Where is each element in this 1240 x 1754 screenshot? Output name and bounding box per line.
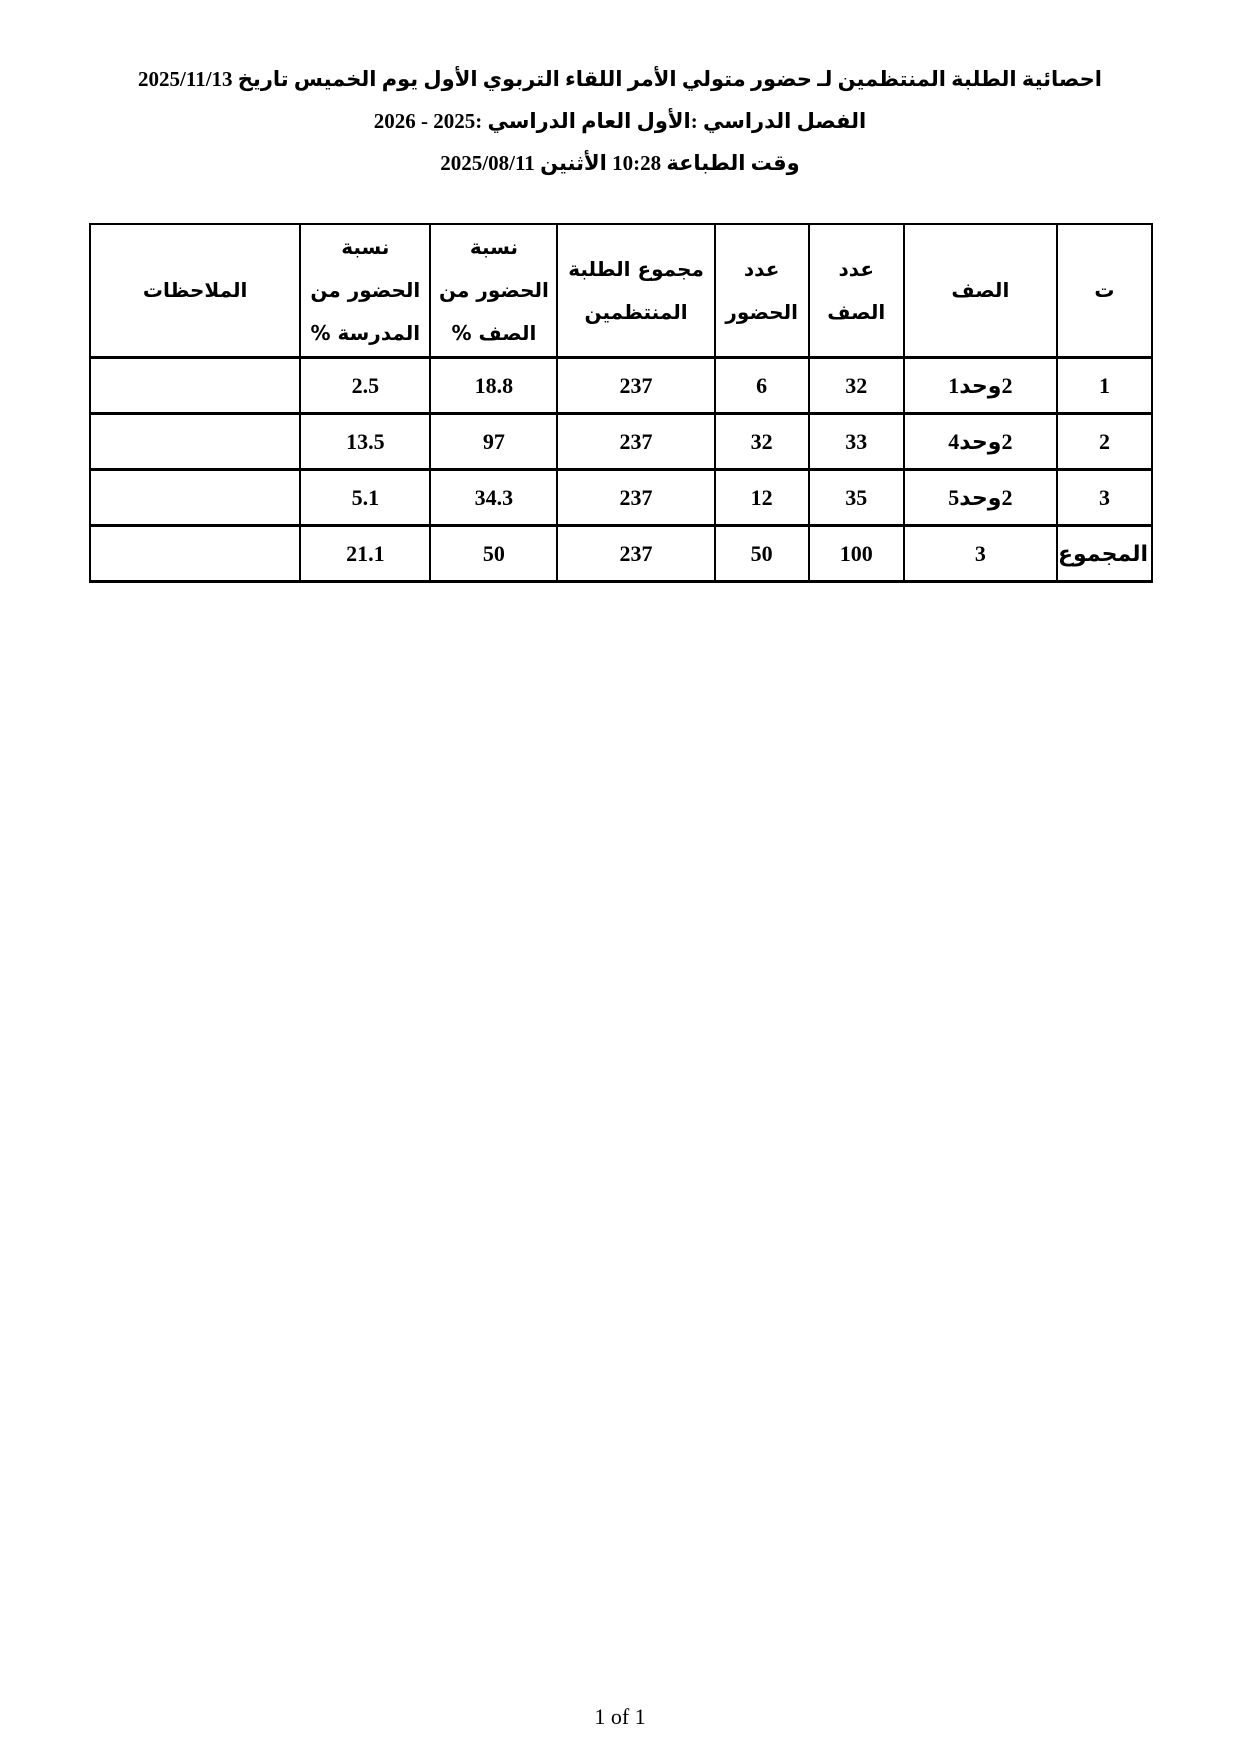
document-page: احصائية الطلبة المنتظمين لـ حضور متولي ا… (0, 0, 1240, 1754)
page-number: 1 of 1 (0, 1704, 1240, 1730)
table-cell-3-0: المجموع (1057, 526, 1152, 582)
table-cell-2-5: 34.3 (430, 470, 557, 526)
table-cell-3-4: 237 (557, 526, 714, 582)
table-cell-1-7 (90, 414, 300, 470)
table-cell-0-7 (90, 358, 300, 414)
table-row: 12وحد132623718.82.5 (90, 358, 1152, 414)
table-cell-2-7 (90, 470, 300, 526)
table-cell-3-7 (90, 526, 300, 582)
header-cell-5: نسبة الحضور من الصف % (430, 224, 557, 358)
table-cell-0-3: 6 (715, 358, 809, 414)
header-cell-2: عدد الصف (809, 224, 904, 358)
table-cell-2-1: 2وحد5 (904, 470, 1057, 526)
table-cell-0-6: 2.5 (300, 358, 430, 414)
print-time-line: وقت الطباعة 10:28 الأثنين 2025/08/11 (0, 148, 1240, 179)
table-cell-2-0: 3 (1057, 470, 1152, 526)
header-cell-4: مجموع الطلبة المنتظمين (557, 224, 714, 358)
table-cell-1-6: 13.5 (300, 414, 430, 470)
table-cell-1-4: 237 (557, 414, 714, 470)
semester-line: الفصل الدراسي :الأول العام الدراسي :2025… (0, 106, 1240, 137)
report-header: احصائية الطلبة المنتظمين لـ حضور متولي ا… (0, 64, 1240, 190)
table-cell-1-0: 2 (1057, 414, 1152, 470)
header-cell-1: الصف (904, 224, 1057, 358)
table-cell-0-4: 237 (557, 358, 714, 414)
table-row: 22وحد433322379713.5 (90, 414, 1152, 470)
table-body: 12وحد132623718.82.522وحد433322379713.532… (90, 358, 1152, 582)
header-cell-3: عدد الحضور (715, 224, 809, 358)
table-cell-0-5: 18.8 (430, 358, 557, 414)
table-cell-2-4: 237 (557, 470, 714, 526)
table-cell-0-1: 2وحد1 (904, 358, 1057, 414)
total-row: المجموع3100502375021.1 (90, 526, 1152, 582)
header-cell-6: نسبة الحضور من المدرسة % (300, 224, 430, 358)
report-title: احصائية الطلبة المنتظمين لـ حضور متولي ا… (0, 64, 1240, 95)
table-cell-0-2: 32 (809, 358, 904, 414)
table-cell-2-3: 12 (715, 470, 809, 526)
table-cell-1-3: 32 (715, 414, 809, 470)
table-cell-3-6: 21.1 (300, 526, 430, 582)
table-cell-1-1: 2وحد4 (904, 414, 1057, 470)
table-cell-3-2: 100 (809, 526, 904, 582)
header-cell-0: ت (1057, 224, 1152, 358)
header-row: تالصفعدد الصفعدد الحضورمجموع الطلبة المن… (90, 224, 1152, 358)
header-cell-7: الملاحظات (90, 224, 300, 358)
attendance-stats-table: تالصفعدد الصفعدد الحضورمجموع الطلبة المن… (89, 223, 1153, 583)
table-cell-2-2: 35 (809, 470, 904, 526)
table-row: 32وحد5351223734.35.1 (90, 470, 1152, 526)
table-cell-3-5: 50 (430, 526, 557, 582)
table-cell-3-1: 3 (904, 526, 1057, 582)
table-cell-1-5: 97 (430, 414, 557, 470)
table-cell-2-6: 5.1 (300, 470, 430, 526)
table-cell-0-0: 1 (1057, 358, 1152, 414)
table-cell-3-3: 50 (715, 526, 809, 582)
table-cell-1-2: 33 (809, 414, 904, 470)
